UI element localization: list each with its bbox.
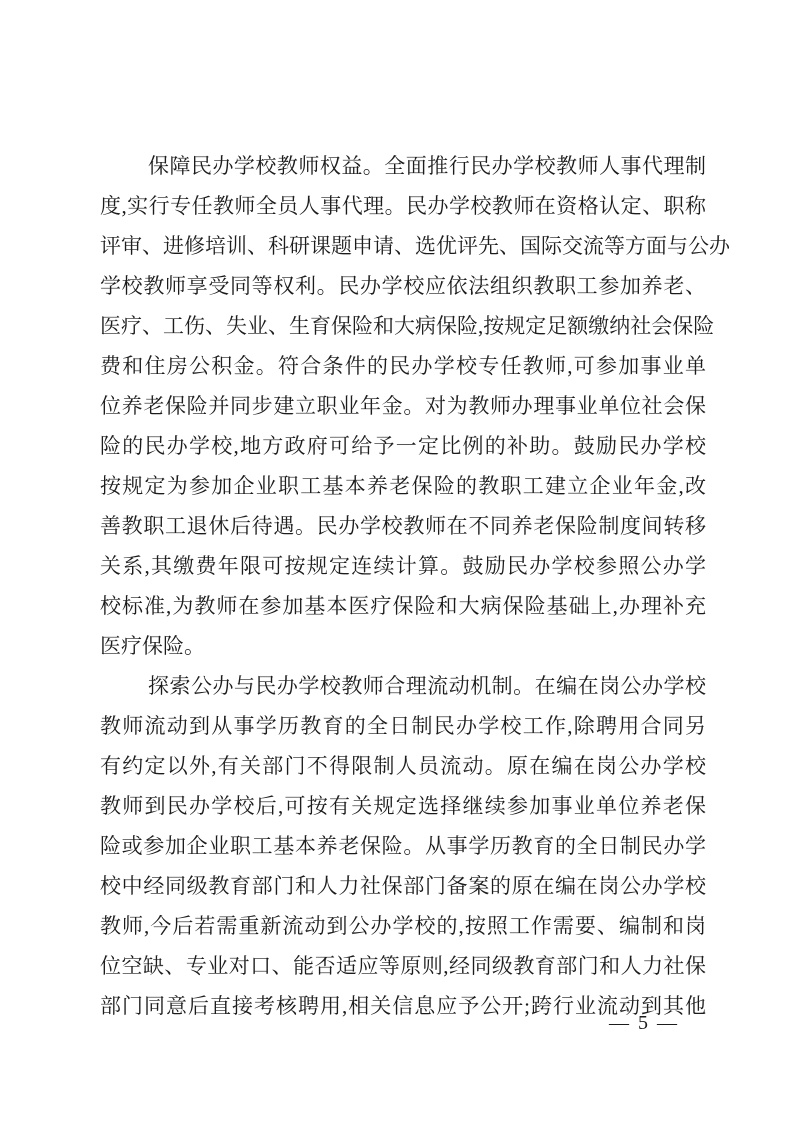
text-line: 险或参加企业职工基本养老保险。从事学历教育的全日制民办学 bbox=[100, 826, 706, 866]
text-line: 教师,今后若需重新流动到公办学校的,按照工作需要、编制和岗 bbox=[100, 906, 706, 946]
text-line: 费和住房公积金。符合条件的民办学校专任教师,可参加事业单 bbox=[100, 346, 706, 386]
text-line: 保障民办学校教师权益。全面推行民办学校教师人事代理制 bbox=[100, 146, 706, 186]
document-page: 保障民办学校教师权益。全面推行民办学校教师人事代理制 度,实行专任教师全员人事代… bbox=[0, 0, 800, 1132]
text-line: 教师流动到从事学历教育的全日制民办学校工作,除聘用合同另 bbox=[100, 706, 706, 746]
text-line: 位养老保险并同步建立职业年金。对为教师办理事业单位社会保 bbox=[100, 386, 706, 426]
text-line: 按规定为参加企业职工基本养老保险的教职工建立企业年金,改 bbox=[100, 466, 706, 506]
text-line: 善教职工退休后待遇。民办学校教师在不同养老保险制度间转移 bbox=[100, 506, 706, 546]
paragraph-1: 保障民办学校教师权益。全面推行民办学校教师人事代理制 度,实行专任教师全员人事代… bbox=[100, 146, 706, 666]
text-line: 学校教师享受同等权利。民办学校应依法组织教职工参加养老、 bbox=[100, 266, 706, 306]
paragraph-2: 探索公办与民办学校教师合理流动机制。在编在岗公办学校 教师流动到从事学历教育的全… bbox=[100, 666, 706, 1026]
text-line: 探索公办与民办学校教师合理流动机制。在编在岗公办学校 bbox=[100, 666, 706, 706]
text-line: 教师到民办学校后,可按有关规定选择继续参加事业单位养老保 bbox=[100, 786, 706, 826]
text-line: 位空缺、专业对口、能否适应等原则,经同级教育部门和人力社保 bbox=[100, 946, 706, 986]
text-line: 有约定以外,有关部门不得限制人员流动。原在编在岗公办学校 bbox=[100, 746, 706, 786]
text-line: 校中经同级教育部门和人力社保部门备案的原在编在岗公办学校 bbox=[100, 866, 706, 906]
text-line: 医疗、工伤、失业、生育保险和大病保险,按规定足额缴纳社会保险 bbox=[100, 306, 706, 346]
text-line: 关系,其缴费年限可按规定连续计算。鼓励民办学校参照公办学 bbox=[100, 546, 706, 586]
page-number: — 5 — bbox=[604, 1008, 684, 1038]
text-line: 度,实行专任教师全员人事代理。民办学校教师在资格认定、职称 bbox=[100, 186, 706, 226]
text-line: 险的民办学校,地方政府可给予一定比例的补助。鼓励民办学校 bbox=[100, 426, 706, 466]
text-line: 评审、进修培训、科研课题申请、选优评先、国际交流等方面与公办 bbox=[100, 226, 706, 266]
body-text: 保障民办学校教师权益。全面推行民办学校教师人事代理制 度,实行专任教师全员人事代… bbox=[100, 146, 706, 1026]
text-line: 校标准,为教师在参加基本医疗保险和大病保险基础上,办理补充 bbox=[100, 586, 706, 626]
text-line: 医疗保险。 bbox=[100, 626, 706, 666]
